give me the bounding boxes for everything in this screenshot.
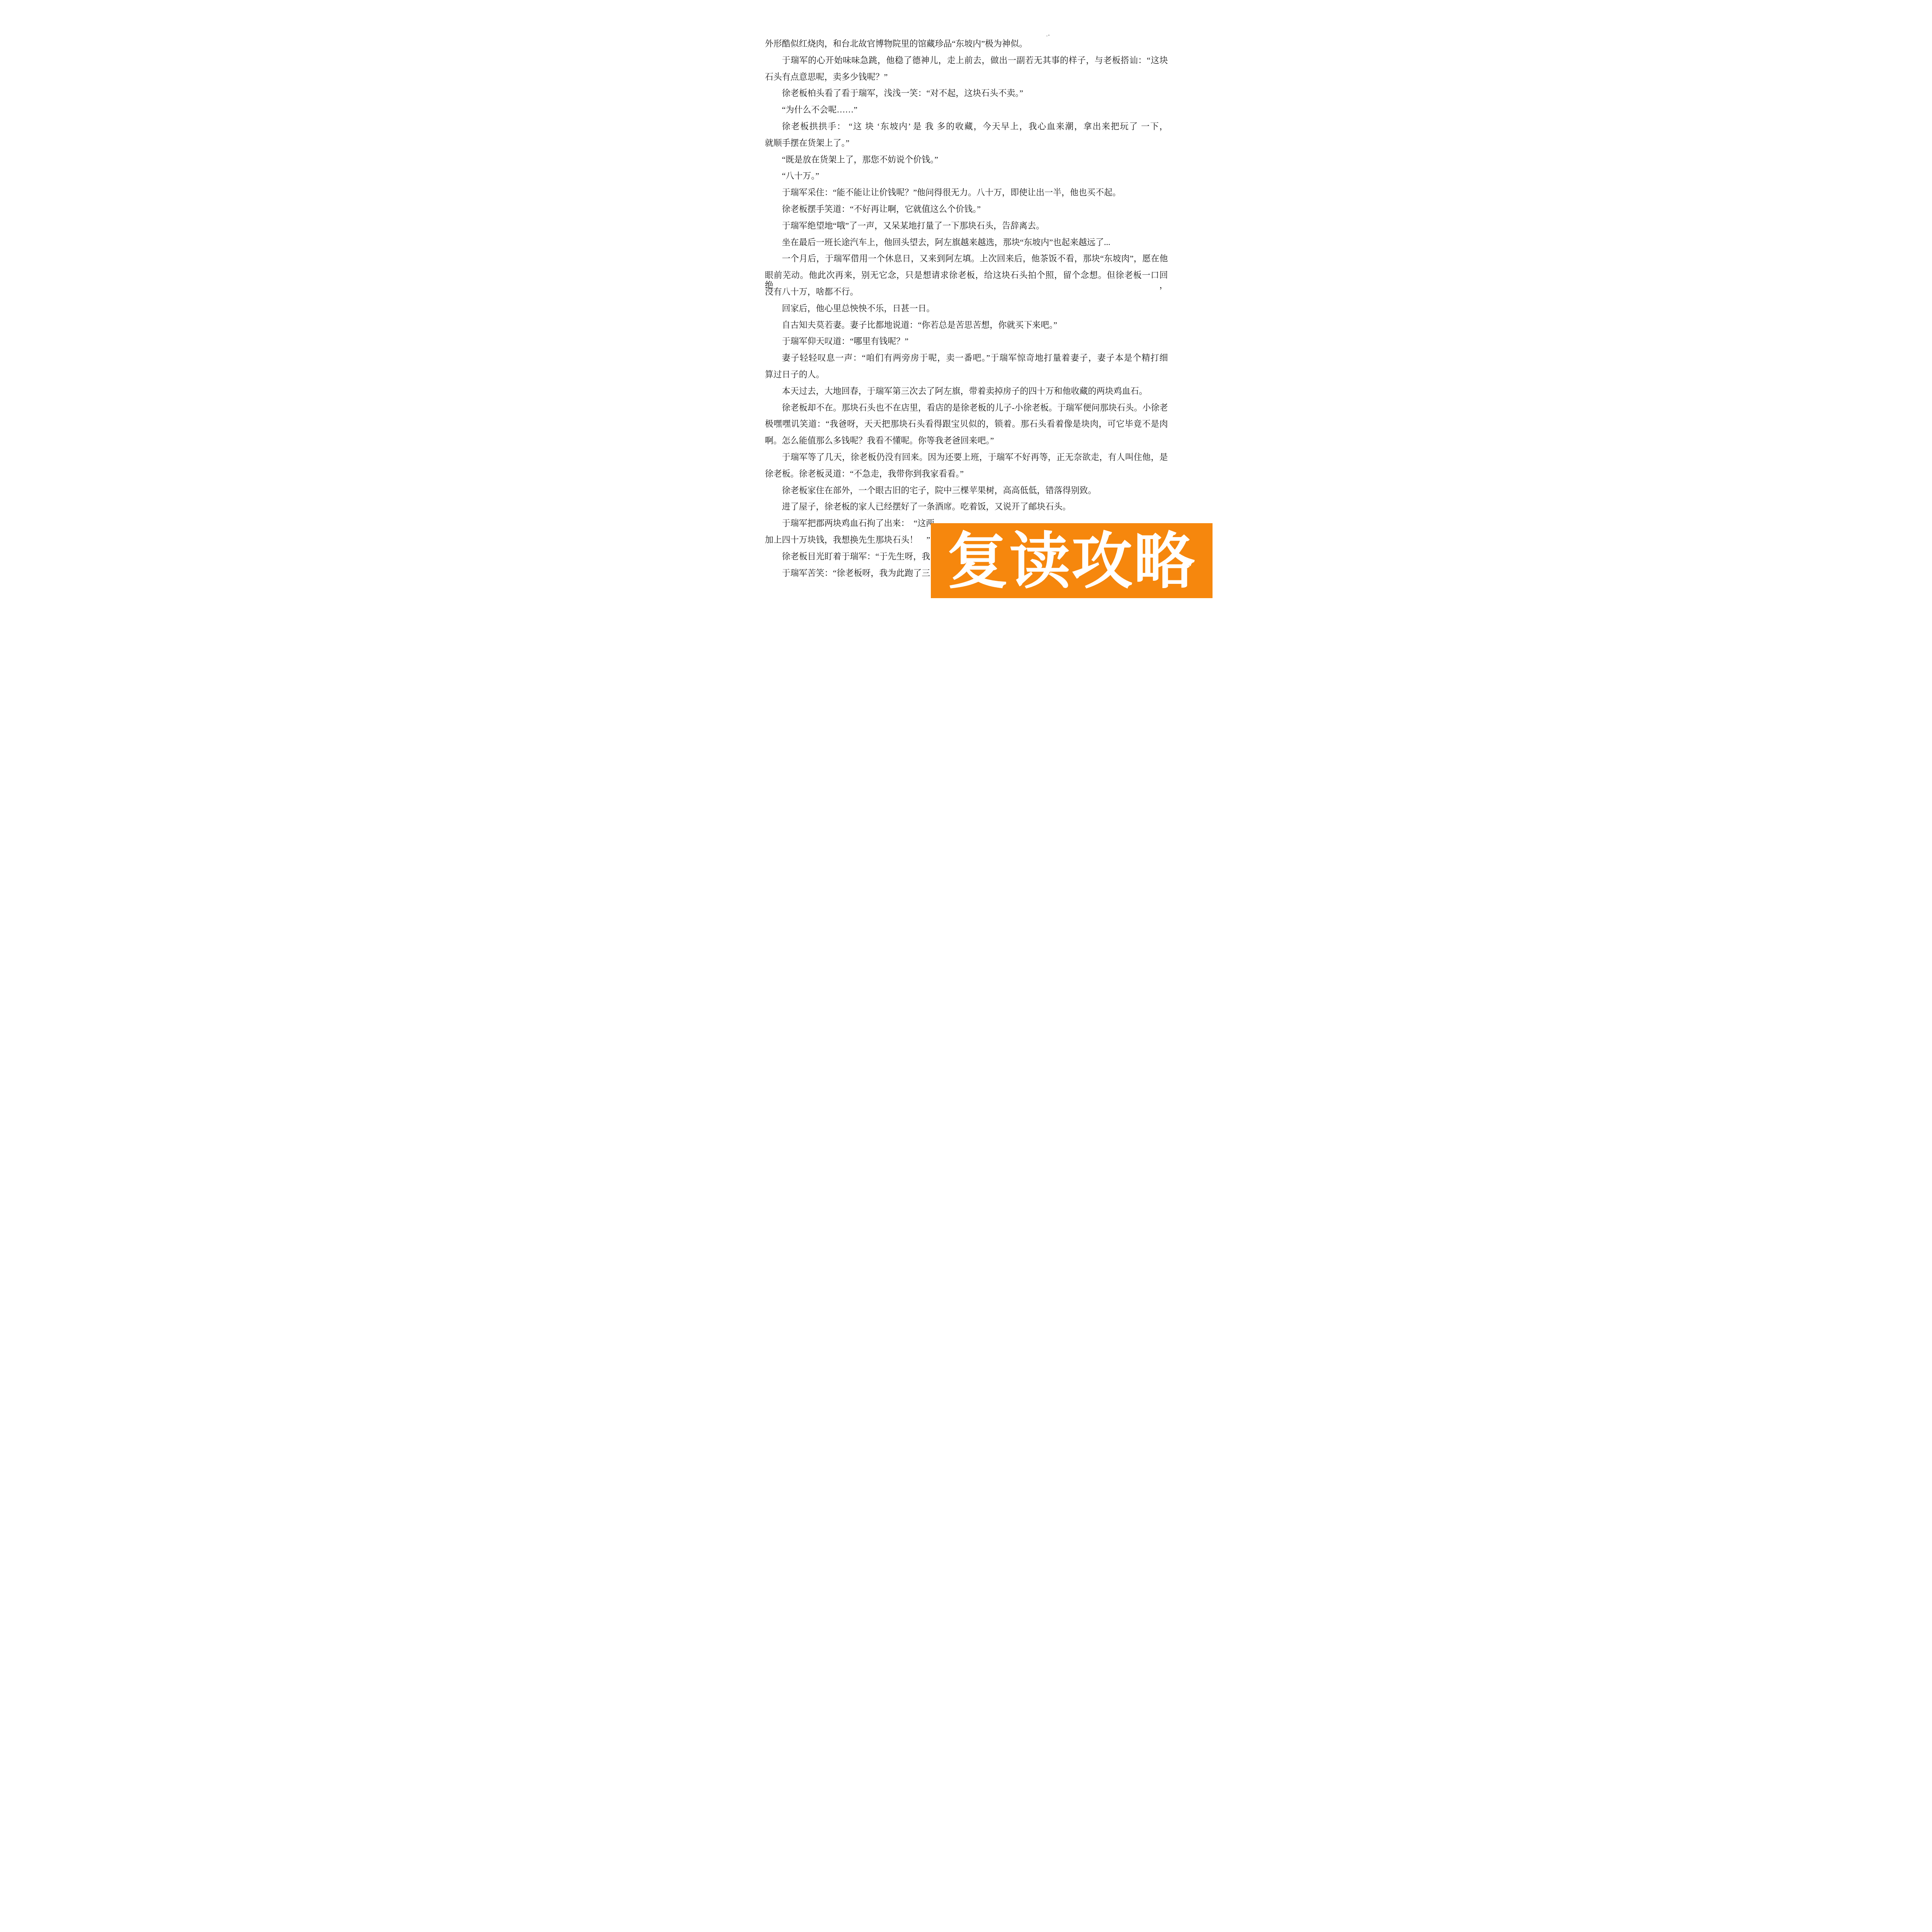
text-line-12: 于瑞军绝望地“哦”了一声，又呆某地打量了一下那块石头，告辞离去。 bbox=[765, 221, 1168, 231]
document-page: 外形酷似红烧肉，和台北故官博物院里的馆藏珍品“东坡内”极为神似。于瑞军的心开始味… bbox=[720, 0, 1213, 638]
watermark-banner: 复读攻略 bbox=[931, 523, 1213, 598]
text-line-7: 就顺手摆在货架上了。” bbox=[765, 138, 1168, 148]
text-line-10: 于瑞军采住：“能不能让让价钱呢？”他问得很无力。八十万，即使让出一半，他也买不起… bbox=[765, 187, 1168, 197]
text-line-8: “既是放在货架上了，那您不妨说个价钱。” bbox=[765, 155, 1168, 165]
text-line-1: 外形酷似红烧肉，和台北故官博物院里的馆藏珍品“东坡内”极为神似。 bbox=[765, 39, 1168, 49]
watermark-text: 复读攻略 bbox=[947, 531, 1196, 592]
text-line-2: 于瑞军的心开始味味急跳，他稳了德神儿，走上前去，做出一副若无其事的样子，与老板搭… bbox=[765, 55, 1168, 65]
text-line-29: 进了屋子，徐老板的家人已经摆好了一条酒席。吃着饭，又说开了邮块石头。 bbox=[765, 502, 1168, 512]
text-line-6: 徐老板拱拱手： “这 块 ‘东坡内’ 是 我 多的收藏，今天早上，我心血来潮，拿… bbox=[765, 121, 1168, 131]
text-line-19: 于瑞军仰天叹道：“哪里有钱呢？” bbox=[765, 336, 1168, 346]
text-line-13: 坐在最后一班长途汽车上，他回头望去，阿左旗越来越选，那块“东坡内”也起来越远了.… bbox=[765, 237, 1168, 247]
text-line-24: 极嘿嘿讥笑道：“我爸呀，天天把那块石头看得跟宝贝似的，锁着。那石头看着像是块肉，… bbox=[765, 419, 1168, 429]
text-line-22: 本天过去，大地回春，于瑞军第三次去了阿左旗，带着卖掉房子的四十万和他收藏的两块鸡… bbox=[765, 386, 1168, 396]
text-line-20: 妻子轻轻叹息一声：“咱们有两旁房于呢，卖一番吧。”于瑞军惊奇地打量着妻子，妻子本… bbox=[765, 353, 1168, 363]
text-line-3: 石头有点意思呢，卖多少钱呢？” bbox=[765, 72, 1168, 82]
text-line-5: “为什么不会呢……” bbox=[765, 105, 1168, 115]
text-line-9: “八十万。” bbox=[765, 171, 1168, 181]
text-line-16: 没有八十万，啥都不行。 bbox=[765, 287, 1168, 297]
text-line-26: 于瑞军等了几天，徐老板仍没有回来。因为还要上班，于瑞军不好再等，正无奈欲走，有人… bbox=[765, 452, 1168, 462]
text-line-18: 自古知夫莫若妻。妻子比都地说道：“你若总是苦思苦想，你就买下来吧。” bbox=[765, 320, 1168, 330]
text-line-23: 徐老板却不在。那块石头也不在店里，看店的是徐老板的儿子-小徐老板。于瑞军便问那块… bbox=[765, 403, 1168, 413]
text-line-21: 算过日子的人。 bbox=[765, 369, 1168, 379]
text-line-28: 徐老板家住在部外，一个眼古旧的宅子，院中三棵苹果树，高高低低，错落得别致。 bbox=[765, 485, 1168, 495]
text-line-27: 徐老板。徐老板灵道：“不急走，我带你到我家看看。” bbox=[765, 469, 1168, 479]
text-line-14: 一个月后，于瑞军借用一个休息日，又来到阿左填。上次回来后，他茶饭不看，那块“东坡… bbox=[765, 253, 1168, 264]
text-line-4: 徐老板柏头看了看于瑞军，浅浅一笑：“对不起，这块石头不卖。” bbox=[765, 88, 1168, 98]
stray-mark bbox=[1047, 35, 1050, 37]
text-line-15: 眼前芜动。他此次再来，别无它念，只是想请求徐老板，给这块石头拍个照，留个念想。但… bbox=[765, 270, 1168, 280]
text-line-25: 啊。怎么能值那么多钱呢？我看不懂呢。你等我老爸回来吧。” bbox=[765, 435, 1168, 446]
text-line-17: 回家后，他心里总怏怏不乐，日甚一日。 bbox=[765, 303, 1168, 313]
text-line-11: 徐老板摆手笑道：“不好再让啊，它就值这么个价钱。” bbox=[765, 204, 1168, 214]
